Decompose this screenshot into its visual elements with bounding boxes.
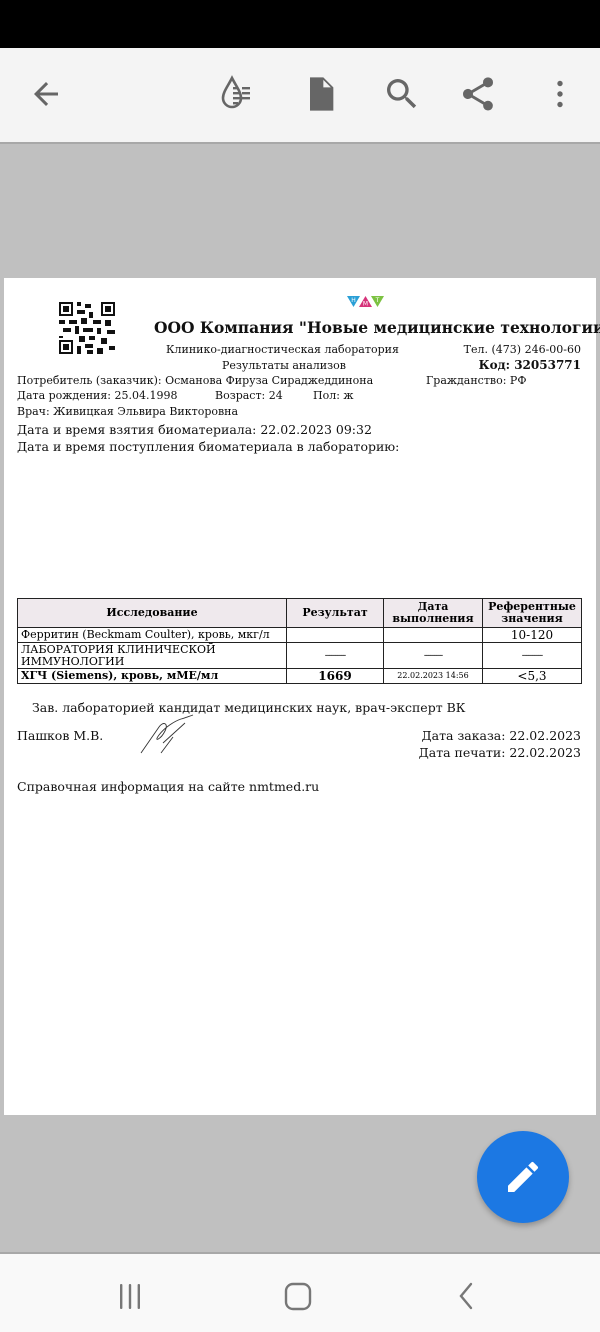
table-header: Исследование Результат Дата выполнения Р… — [18, 599, 582, 628]
sample-received: Дата и время поступления биоматериала в … — [17, 439, 399, 454]
svg-text:Т: Т — [375, 297, 380, 304]
order-date: Дата заказа: 22.02.2023 — [421, 728, 581, 743]
doctor: Врач: Живицкая Эльвира Викторовна — [17, 405, 238, 418]
cell-result: 1669 — [287, 669, 384, 684]
age: Возраст: 24 — [215, 389, 283, 402]
signature — [139, 713, 199, 755]
birth-date: Дата рождения: 25.04.1998 — [17, 389, 178, 402]
svg-text:Н: Н — [351, 297, 356, 304]
lab-type: Клинико-диагностическая лаборатория — [166, 343, 399, 356]
sample-taken: Дата и время взятия биоматериала: 22.02.… — [17, 422, 372, 437]
print-date: Дата печати: 22.02.2023 — [419, 745, 581, 760]
nmt-logo: Н М Т — [347, 294, 385, 308]
reading-mode-icon[interactable] — [218, 72, 262, 116]
search-icon[interactable] — [380, 72, 424, 116]
cell-ref: ---------- — [483, 643, 582, 669]
header-result: Результат — [287, 599, 384, 628]
system-navbar — [0, 1252, 600, 1332]
share-icon[interactable] — [456, 72, 500, 116]
cell-date: 22.02.2023 14:56 — [384, 669, 483, 684]
status-bar — [0, 0, 600, 48]
pdf-viewer[interactable]: Н М Т ООО Компания "Новые медицинские те… — [0, 144, 600, 1252]
cell-ref: <5,3 — [483, 669, 582, 684]
results-table: Исследование Результат Дата выполнения Р… — [17, 598, 582, 684]
subtitle: Результаты анализов — [222, 359, 346, 372]
document-icon[interactable] — [298, 72, 342, 116]
back-arrow-icon[interactable] — [24, 72, 68, 116]
table-row: Ферритин (Beckmam Coulter), кровь, мкг/л… — [18, 628, 582, 643]
reference-info: Справочная информация на сайте nmtmed.ru — [17, 779, 319, 794]
company-name: ООО Компания "Новые медицинские технолог… — [154, 318, 600, 337]
header-ref: Референтные значения — [483, 599, 582, 628]
svg-text:М: М — [363, 301, 368, 308]
edit-button[interactable] — [477, 1131, 569, 1223]
recent-apps-icon[interactable] — [108, 1276, 152, 1316]
head-of-lab: Зав. лабораторией кандидат медицинских н… — [32, 700, 465, 715]
header-test: Исследование — [18, 599, 287, 628]
cell-date: --------- — [384, 643, 483, 669]
document-page: Н М Т ООО Компания "Новые медицинские те… — [4, 278, 596, 1115]
cell-ref: 10-120 — [483, 628, 582, 643]
cell-test: Ферритин (Beckmam Coulter), кровь, мкг/л — [18, 628, 287, 643]
cell-result — [287, 628, 384, 643]
toolbar — [0, 48, 600, 144]
signer-name: Пашков М.В. — [17, 728, 103, 743]
phone: Тел. (473) 246-00-60 — [464, 343, 581, 356]
citizenship: Гражданство: РФ — [426, 374, 526, 387]
table-row: ЛАБОРАТОРИЯ КЛИНИЧЕСКОЙ ИММУНОЛОГИИ ----… — [18, 643, 582, 669]
home-icon[interactable] — [276, 1276, 320, 1316]
table-row: ХГЧ (Siemens), кровь, мМЕ/мл 1669 22.02.… — [18, 669, 582, 684]
cell-test: ЛАБОРАТОРИЯ КЛИНИЧЕСКОЙ ИММУНОЛОГИИ — [18, 643, 287, 669]
edit-pencil-icon — [503, 1157, 543, 1197]
cell-test: ХГЧ (Siemens), кровь, мМЕ/мл — [18, 669, 287, 684]
sex: Пол: ж — [313, 389, 354, 402]
cell-result: ---------- — [287, 643, 384, 669]
more-vert-icon[interactable] — [538, 72, 582, 116]
qr-code — [59, 302, 115, 354]
order-code: Код: 32053771 — [479, 358, 581, 372]
cell-date — [384, 628, 483, 643]
back-icon[interactable] — [444, 1276, 488, 1316]
patient-name: Потребитель (заказчик): Османова Фируза … — [17, 374, 373, 387]
header-date: Дата выполнения — [384, 599, 483, 628]
